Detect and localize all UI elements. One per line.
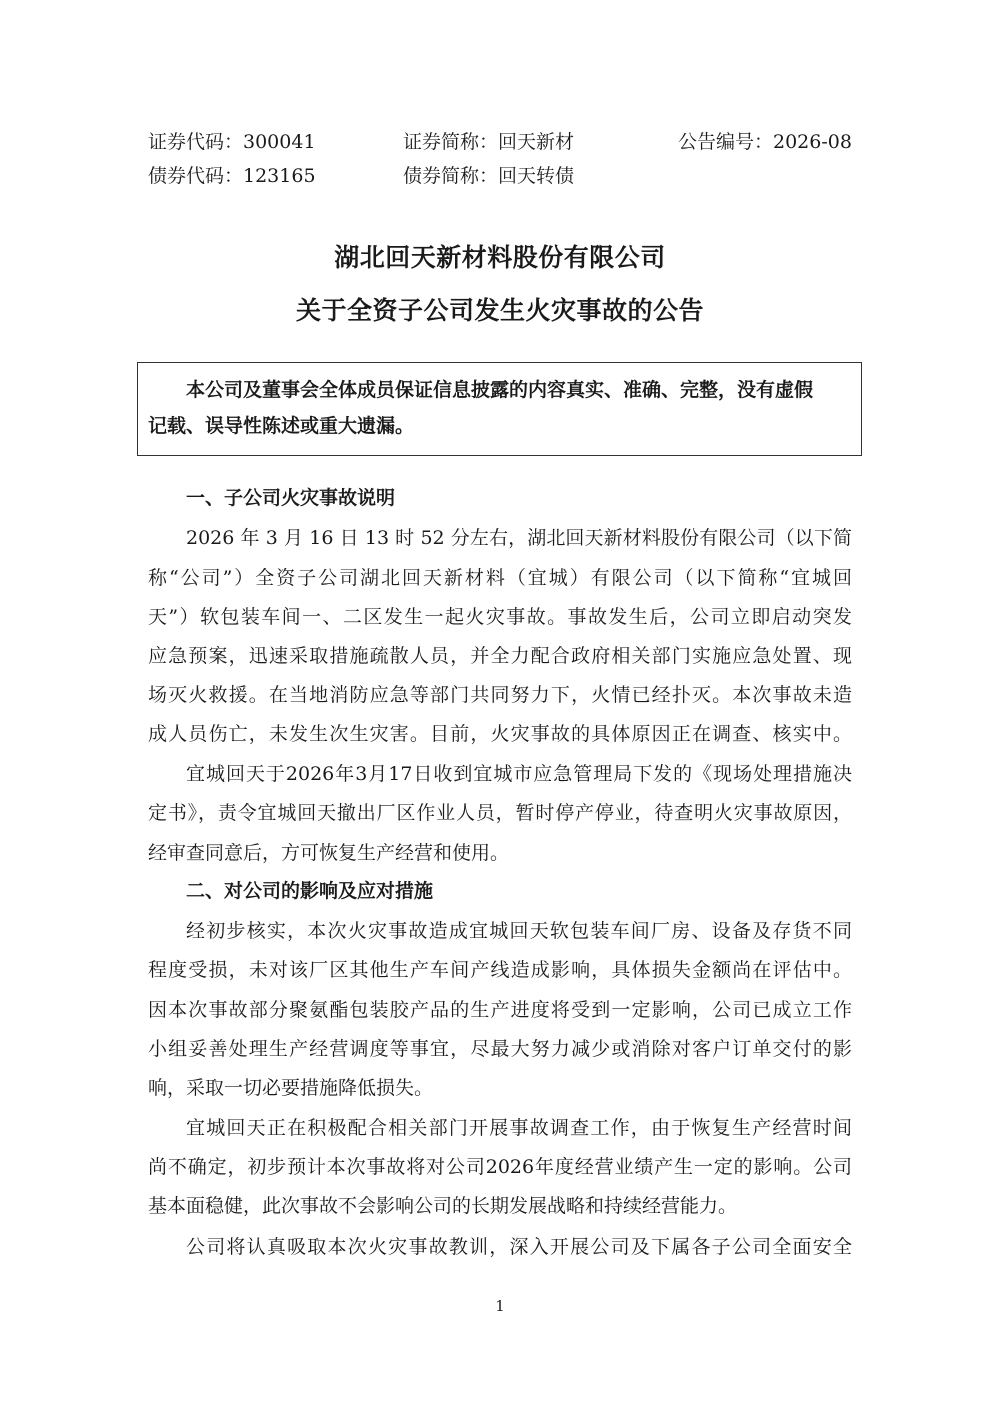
- paragraph-line: 程度受损，未对该厂区其他生产车间产线造成影响，具体损失金额尚在评估中。: [148, 955, 852, 985]
- section-heading-2: 二、对公司的影响及应对措施: [186, 876, 433, 906]
- header-row-bonds: 债券代码：123165 债券简称：回天转债: [148, 161, 848, 191]
- bond-code: 债券代码：123165: [148, 161, 316, 191]
- stock-code: 证券代码：300041: [148, 127, 316, 157]
- announcement-page: 证券代码：300041 证券简称：回天新材 公告编号：2026-08 债券代码：…: [0, 0, 1000, 1414]
- paragraph-line: 天”）软包装车间一、二区发生一起火灾事故。事故发生后，公司立即启动突发: [148, 602, 852, 632]
- disclosure-line-2: 记载、误导性陈述或重大遗漏。: [148, 411, 851, 441]
- paragraph-line: 场灭火救援。在当地消防应急等部门共同努力下，火情已经扑灭。本次事故未造: [148, 680, 852, 710]
- paragraph-line: 公司将认真吸取本次火灾事故教训，深入开展公司及下属各子公司全面安全: [186, 1232, 852, 1262]
- section-heading-1: 一、子公司火灾事故说明: [186, 483, 395, 513]
- paragraph-line: 基本面稳健，此次事故不会影响公司的长期发展战略和持续经营能力。: [148, 1191, 852, 1221]
- paragraph-line: 因本次事故部分聚氨酯包装胶产品的生产进度将受到一定影响，公司已成立工作: [148, 995, 852, 1025]
- paragraph-line: 宜城回天于2026年3月17日收到宜城市应急管理局下发的《现场处理措施决: [186, 759, 852, 789]
- announcement-title: 关于全资子公司发生火灾事故的公告: [0, 293, 1000, 329]
- paragraph-line: 成人员伤亡，未发生次生灾害。目前，火灾事故的具体原因正在调查、核实中。: [148, 719, 852, 749]
- disclosure-statement-box: 本公司及董事会全体成员保证信息披露的内容真实、准确、完整，没有虚假 记载、误导性…: [137, 362, 862, 456]
- paragraph-line: 小组妥善处理生产经营调度等事宜，尽最大努力减少或消除对客户订单交付的影: [148, 1034, 852, 1064]
- announcement-number: 公告编号：2026-08: [678, 127, 852, 157]
- paragraph-line: 经初步核实，本次火灾事故造成宜城回天软包装车间厂房、设备及存货不同: [186, 916, 852, 946]
- company-title: 湖北回天新材料股份有限公司: [0, 240, 1000, 276]
- bond-short-name: 债券简称：回天转债: [403, 161, 574, 191]
- header-row-securities: 证券代码：300041 证券简称：回天新材 公告编号：2026-08: [148, 127, 848, 157]
- paragraph-line: 宜城回天正在积极配合相关部门开展事故调查工作，由于恢复生产经营时间: [186, 1113, 852, 1143]
- page-number: 1: [0, 1297, 1000, 1315]
- paragraph-line: 经审查同意后，方可恢复生产经营和使用。: [148, 838, 852, 868]
- paragraph-line: 尚不确定，初步预计本次事故将对公司2026年度经营业绩产生一定的影响。公司: [148, 1152, 852, 1182]
- paragraph-line: 响，采取一切必要措施降低损失。: [148, 1073, 852, 1103]
- paragraph-line: 应急预案，迅速采取措施疏散人员，并全力配合政府相关部门实施应急处置、现: [148, 641, 852, 671]
- paragraph-line: 定书》，责令宜城回天撤出厂区作业人员，暂时停产停业，待查明火灾事故原因，: [148, 798, 852, 828]
- disclosure-line-1: 本公司及董事会全体成员保证信息披露的内容真实、准确、完整，没有虚假: [186, 375, 851, 405]
- paragraph-line: 称“公司”）全资子公司湖北回天新材料（宜城）有限公司（以下简称“宜城回: [148, 563, 852, 593]
- stock-short-name: 证券简称：回天新材: [403, 127, 574, 157]
- paragraph-line: 2026 年 3 月 16 日 13 时 52 分左右，湖北回天新材料股份有限公…: [186, 523, 852, 553]
